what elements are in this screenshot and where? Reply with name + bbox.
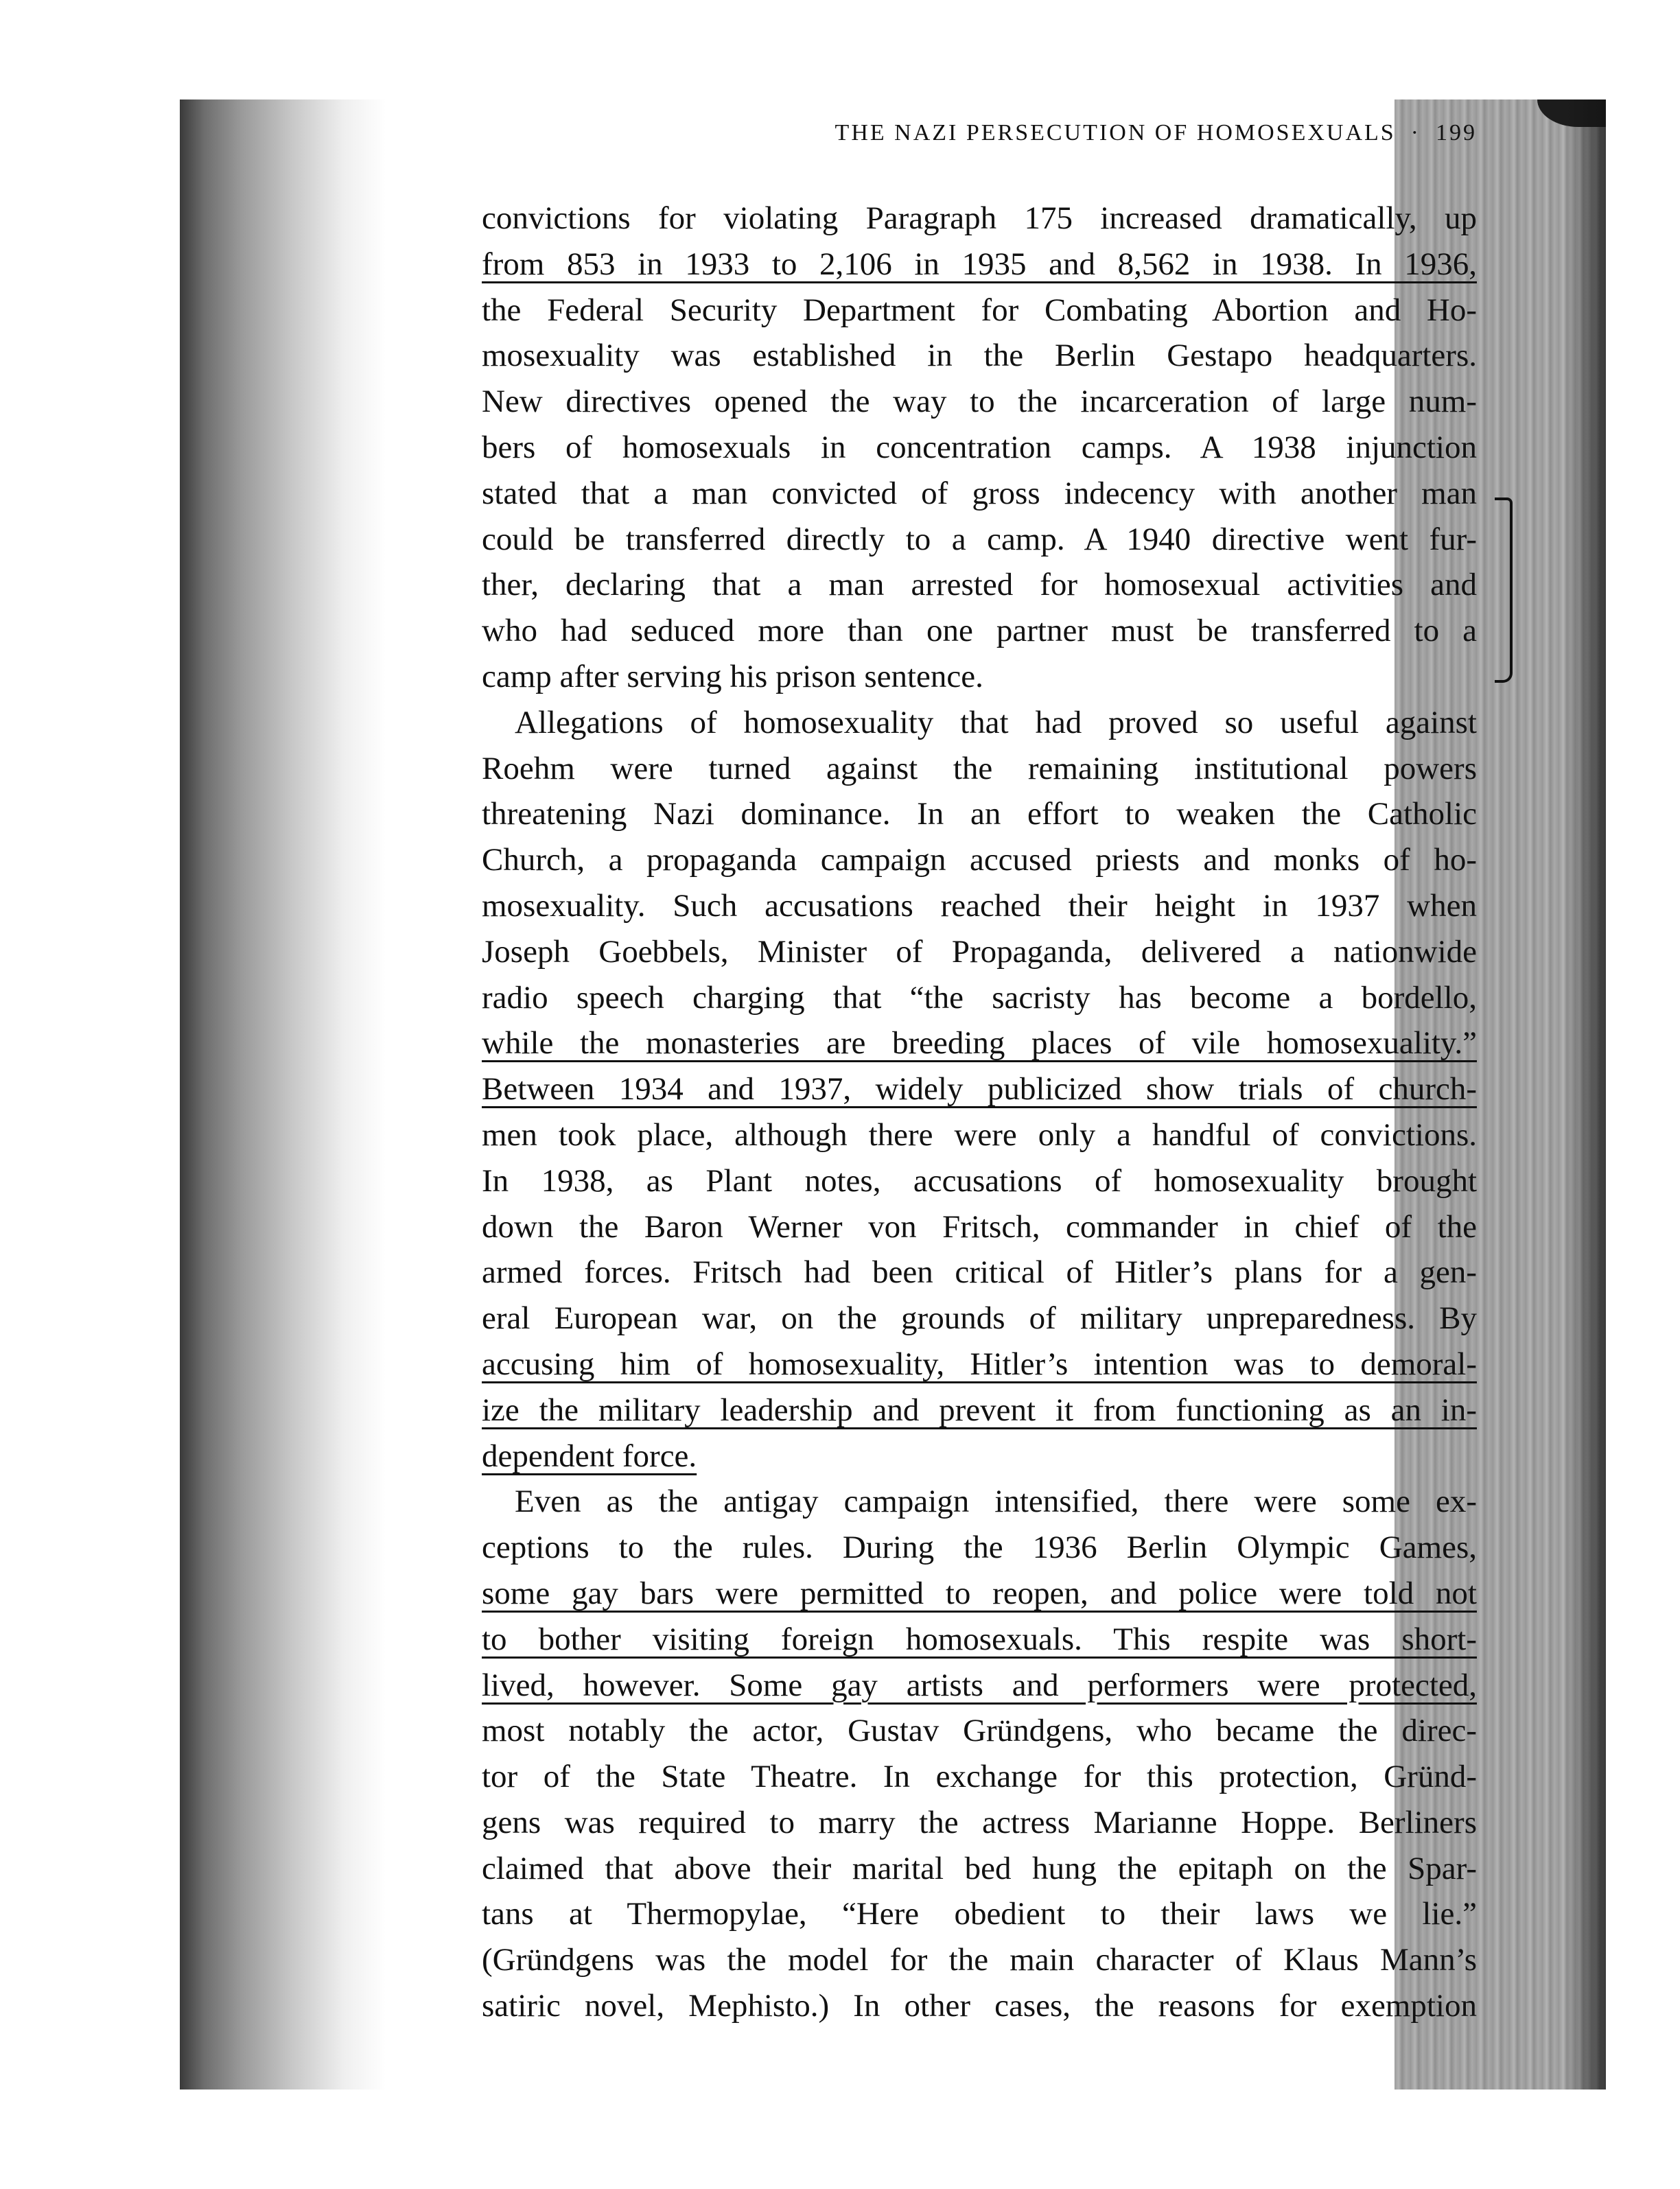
running-head-separator: · [1411, 120, 1421, 145]
text-line: In 1938, as Plant notes, accusations of … [482, 1158, 1477, 1204]
text-line: who had seduced more than one partner mu… [482, 608, 1477, 654]
paragraph-1: convictions for violating Paragraph 175 … [482, 196, 1477, 700]
text-line: most notably the actor, Gustav Gründgens… [482, 1708, 1477, 1754]
text-line: Joseph Goebbels, Minister of Propaganda,… [482, 929, 1477, 975]
text-line: tor of the State Theatre. In exchange fo… [482, 1754, 1477, 1800]
text-line: Allegations of homosexuality that had pr… [482, 700, 1477, 746]
text-line: bers of homosexuals in concentration cam… [482, 425, 1477, 471]
paragraph-3: Even as the antigay campaign intensified… [482, 1479, 1477, 2029]
text-line: could be transferred directly to a camp.… [482, 517, 1477, 563]
text-line: gens was required to marry the actress M… [482, 1800, 1477, 1846]
text-line: the Federal Security Department for Comb… [482, 288, 1477, 333]
running-head-title: THE NAZI PERSECUTION OF HOMOSEXUALS [835, 120, 1396, 145]
text-line: camp after serving his prison sentence. [482, 654, 1477, 700]
text-line-underlined: from 853 in 1933 to 2,106 in 1935 and 8,… [482, 242, 1477, 288]
text-line: ther, declaring that a man arrested for … [482, 562, 1477, 608]
body-text: convictions for violating Paragraph 175 … [482, 196, 1477, 2029]
text-line: claimed that above their marital bed hun… [482, 1846, 1477, 1892]
paragraph-2: Allegations of homosexuality that had pr… [482, 700, 1477, 1479]
text-line: threatening Nazi dominance. In an effort… [482, 791, 1477, 837]
text-line: ceptions to the rules. During the 1936 B… [482, 1525, 1477, 1571]
text-line: convictions for violating Paragraph 175 … [482, 196, 1477, 242]
text-line: men took place, although there were only… [482, 1112, 1477, 1158]
text-line-underlined: accusing him of homosexuality, Hitler’s … [482, 1342, 1477, 1388]
text-line: Church, a propaganda campaign accused pr… [482, 837, 1477, 883]
text-line: satiric novel, Mephisto.) In other cases… [482, 1983, 1477, 2029]
text-line-underlined: Between 1934 and 1937, widely publicized… [482, 1066, 1477, 1112]
text-line: armed forces. Fritsch had been critical … [482, 1250, 1477, 1296]
binding-gutter-shadow [180, 99, 386, 2089]
scan-corner-shadow [1537, 99, 1606, 127]
text-line-underlined: ize the military leadership and prevent … [482, 1388, 1477, 1433]
text-line-underlined: to bother visiting foreign homosexuals. … [482, 1617, 1477, 1663]
margin-bracket-annotation [1495, 497, 1513, 683]
text-line: (Gründgens was the model for the main ch… [482, 1937, 1477, 1983]
text-line-underlined: while the monasteries are breeding place… [482, 1020, 1477, 1066]
text-line: eral European war, on the grounds of mil… [482, 1296, 1477, 1342]
text-line: radio speech charging that “the sacristy… [482, 975, 1477, 1021]
text-line-underlined: some gay bars were permitted to reopen, … [482, 1571, 1477, 1617]
running-head: THE NAZI PERSECUTION OF HOMOSEXUALS·199 [835, 120, 1477, 146]
text-line: Roehm were turned against the remaining … [482, 746, 1477, 792]
text-line: Even as the antigay campaign intensified… [482, 1479, 1477, 1525]
text-line: tans at Thermopylae, “Here obedient to t… [482, 1891, 1477, 1937]
page-number: 199 [1436, 120, 1477, 145]
text-line-underlined: lived, however. Some gay artists and per… [482, 1663, 1477, 1709]
text-line: mosexuality. Such accusations reached th… [482, 883, 1477, 929]
text-line: New directives opened the way to the inc… [482, 379, 1477, 425]
text-line: stated that a man convicted of gross ind… [482, 471, 1477, 517]
scanned-page: THE NAZI PERSECUTION OF HOMOSEXUALS·199 … [180, 99, 1606, 2089]
text-line-underlined: dependent force. [482, 1433, 1477, 1479]
text-line: mosexuality was established in the Berli… [482, 333, 1477, 379]
text-line: down the Baron Werner von Fritsch, comma… [482, 1204, 1477, 1250]
